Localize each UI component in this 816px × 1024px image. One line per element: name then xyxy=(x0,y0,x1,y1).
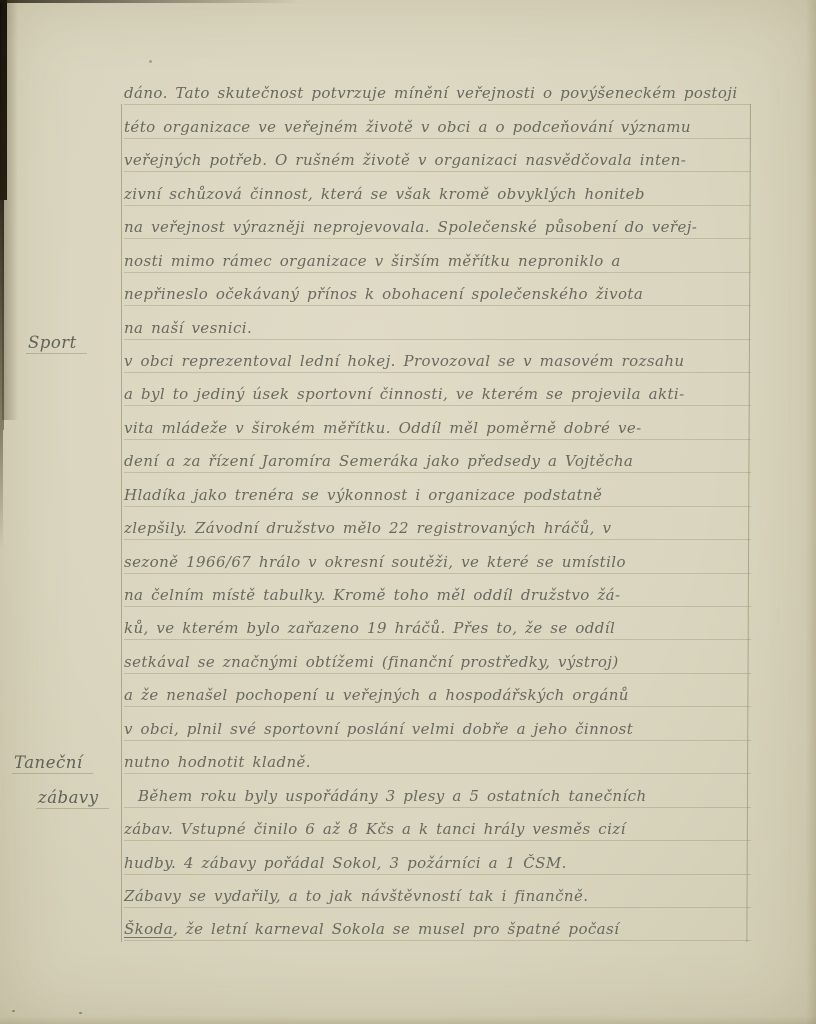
gutter-soft-shadow xyxy=(2,0,18,420)
text-line: zivní schůzová činnost, která se však kr… xyxy=(124,172,751,205)
text-line: setkával se značnými obtížemi (finanční … xyxy=(124,640,751,673)
text-line: ků, ve kterém bylo zařazeno 19 hráčů. Př… xyxy=(124,607,751,640)
text-line: dení a za řízení Jaromíra Semeráka jako … xyxy=(124,440,751,473)
text-line: sezoně 1966/67 hrálo v okresní soutěži, … xyxy=(124,540,751,573)
text-line: Zábavy se vydařily, a to jak návštěvnost… xyxy=(124,875,751,908)
text-line: vita mládeže v širokém měřítku. Oddíl mě… xyxy=(124,406,751,439)
text-line: zlepšily. Závodní družstvo mělo 22 regis… xyxy=(124,507,751,540)
text-line: na veřejnost výrazněji neprojevovala. Sp… xyxy=(124,206,751,239)
margin-rule-left xyxy=(121,104,122,942)
text-line: v obci reprezentoval lední hokej. Provoz… xyxy=(124,340,751,373)
text-line: a byl to jediný úsek sportovní činnosti,… xyxy=(124,373,751,406)
underlined-word: Škoda xyxy=(124,920,173,938)
paper-speck xyxy=(149,60,152,63)
text-line: veřejných potřeb. O rušném životě v orga… xyxy=(124,139,751,172)
text-line: této organizace ve veřejném životě v obc… xyxy=(124,105,751,138)
text-line: nutno hodnotit kladně. xyxy=(124,741,751,774)
text-line: a že nenašel pochopení u veřejných a hos… xyxy=(124,674,751,707)
text-line: na naší vesnici. xyxy=(124,306,751,339)
text-line: nosti mimo rámec organizace v širším měř… xyxy=(124,239,751,272)
gutter-shadow-fade xyxy=(0,430,3,550)
page-top-edge xyxy=(0,0,300,3)
margin-heading-sport: Sport xyxy=(26,333,87,354)
text-line: dáno. Tato skutečnost potvrzuje mínění v… xyxy=(124,72,751,105)
scanned-chronicle-page: Sport Taneční zábavy dáno. Tato skutečno… xyxy=(0,0,816,1024)
text-line: Hladíka jako trenéra se výkonnost i orga… xyxy=(124,473,751,506)
text-line: v obci, plnil své sportovní poslání velm… xyxy=(124,707,751,740)
page-bottom-edge xyxy=(0,1016,816,1024)
paper-speck xyxy=(12,1010,15,1012)
margin-heading-zabavy: zábavy xyxy=(36,788,109,809)
margin-heading-tanecni: Taneční xyxy=(12,753,93,774)
page-right-edge xyxy=(806,0,816,1024)
text-line: hudby. 4 zábavy pořádal Sokol, 3 požární… xyxy=(124,841,751,874)
text-line: Škoda, že letní karneval Sokola se musel… xyxy=(124,908,751,941)
text-line: zábav. Vstupné činilo 6 až 8 Kčs a k tan… xyxy=(124,808,751,841)
text-column: dáno. Tato skutečnost potvrzuje mínění v… xyxy=(124,72,751,941)
text-line: Během roku byly uspořádány 3 plesy a 5 o… xyxy=(124,774,751,807)
paper-speck xyxy=(79,1012,82,1014)
text-line: na čelním místě tabulky. Kromě toho měl … xyxy=(124,574,751,607)
text-line: nepřineslo očekávaný přínos k obohacení … xyxy=(124,273,751,306)
